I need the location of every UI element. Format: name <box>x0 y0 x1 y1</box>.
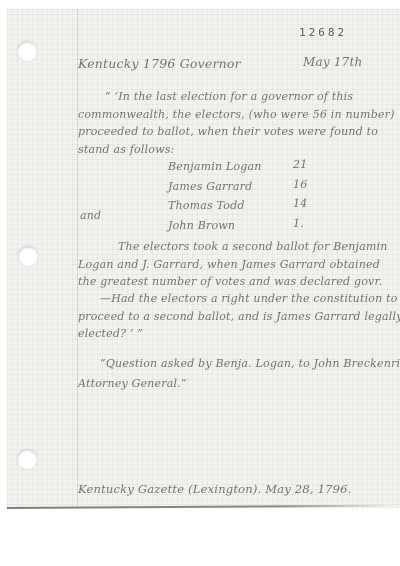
hole-punch-icon <box>17 41 37 61</box>
candidate-name: Thomas Todd <box>168 199 245 212</box>
paper-bottom-edge <box>7 505 400 509</box>
paragraph-line: the greatest number of votes and was dec… <box>78 273 388 291</box>
paragraph-attribution: “Question asked by Benja. Logan, to John… <box>78 354 400 394</box>
page-title: Kentucky 1796 Governor <box>78 56 241 71</box>
candidate-name: James Garrard <box>168 180 252 193</box>
vote-row: John Brown 1. <box>168 215 262 235</box>
source-citation: Kentucky Gazette (Lexington). May 28, 17… <box>78 482 352 496</box>
vote-count: 14 <box>293 195 307 213</box>
paragraph-line: elected? ’ ” <box>78 325 400 343</box>
paragraph-line: “ ‘In the last election for a governor o… <box>78 88 395 106</box>
paragraph-line: proceeded to ballot, when their votes we… <box>78 123 395 141</box>
vote-count: 21 <box>293 156 307 174</box>
paragraph-line: Logan and J. Garrard, when James Garrard… <box>78 256 388 274</box>
candidate-name: John Brown <box>168 219 235 232</box>
hole-punch-icon <box>18 246 38 266</box>
paragraph-line: commonwealth, the electors, (who were 56… <box>78 106 395 124</box>
archive-stamp-number: 12682 <box>299 26 347 39</box>
paragraph-line: The electors took a second ballot for Be… <box>78 238 388 256</box>
paragraph-second-ballot: The electors took a second ballot for Be… <box>78 238 388 291</box>
vote-row: Benjamin Logan 21 <box>168 156 262 176</box>
vote-count: 16 <box>293 176 307 194</box>
vote-count: 1. <box>293 215 304 233</box>
conjunction-and: and <box>80 209 101 222</box>
vote-tally-list: Benjamin Logan 21 James Garrard 16 Thoma… <box>168 156 262 234</box>
hole-punch-icon <box>17 449 37 469</box>
paragraph-constitution-question: —Had the electors a right under the cons… <box>78 290 400 343</box>
vote-row: Thomas Todd 14 <box>168 195 262 215</box>
vote-row: James Garrard 16 <box>168 176 262 196</box>
paragraph-line: proceed to a second ballot, and is James… <box>78 308 400 326</box>
candidate-name: Benjamin Logan <box>168 160 262 173</box>
paragraph-line: Attorney General.” <box>78 374 400 394</box>
paragraph-line: —Had the electors a right under the cons… <box>78 290 400 308</box>
paragraph-line: “Question asked by Benja. Logan, to John… <box>78 354 400 374</box>
paragraph-election-intro: “ ‘In the last election for a governor o… <box>78 88 395 158</box>
date-label: May 17th <box>303 55 362 69</box>
notepad-page: 12682 Kentucky 1796 Governor May 17th “ … <box>7 9 400 508</box>
